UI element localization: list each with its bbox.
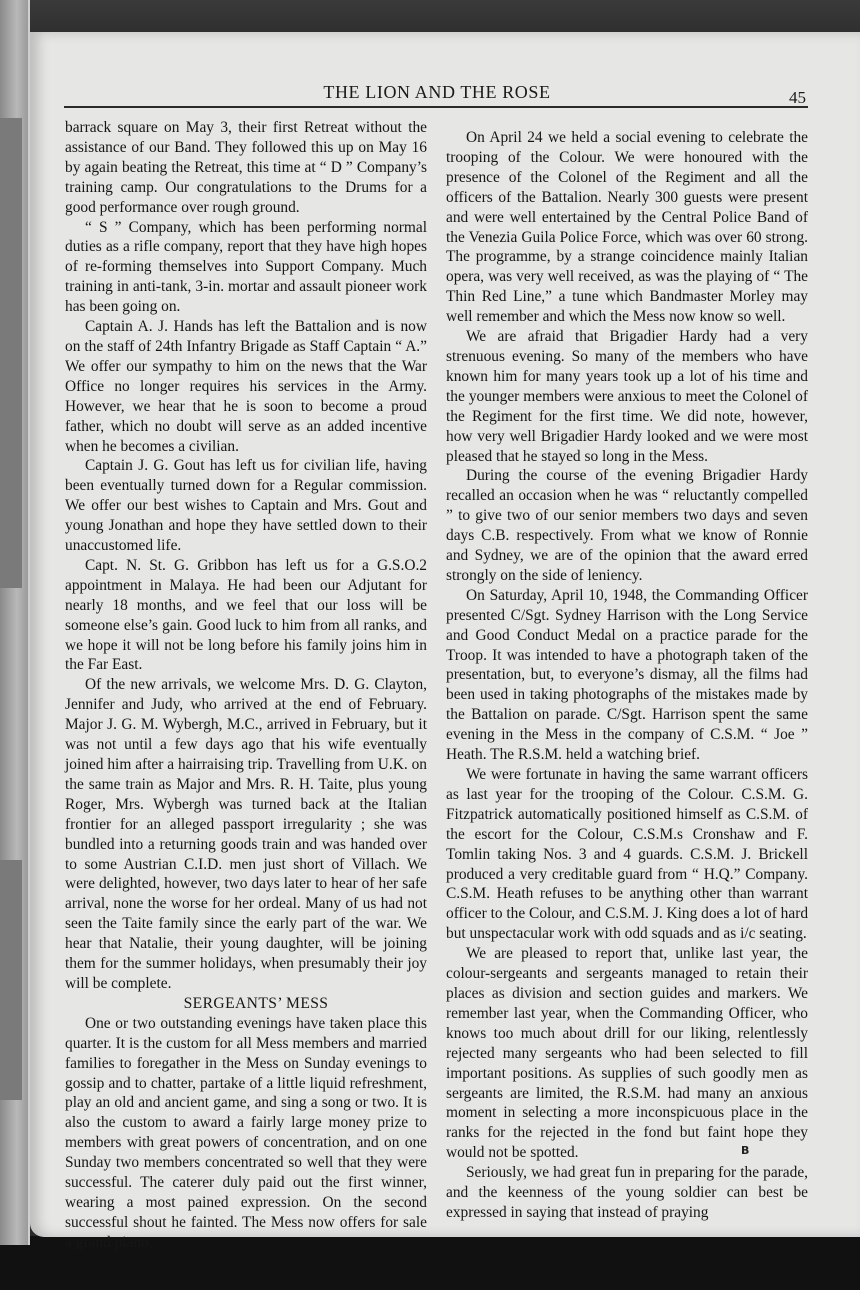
paragraph: We were fortunate in having the same war…: [446, 765, 808, 944]
running-title: THE LION AND THE ROSE: [62, 82, 812, 103]
paragraph: Captain A. J. Hands has left the Battali…: [65, 317, 427, 456]
left-column: barrack square on May 3, their first Ret…: [65, 118, 427, 1253]
scan-backdrop-top: [0, 0, 860, 36]
paragraph: We are pleased to report that, unlike la…: [446, 944, 808, 1163]
paragraph: During the course of the evening Brigadi…: [446, 466, 808, 585]
facing-page-photo-strip: [0, 118, 22, 588]
paragraph: Captain J. G. Gout has left us for civil…: [65, 456, 427, 556]
facing-page-edge: [0, 0, 30, 1245]
paragraph: Of the new arrivals, we welcome Mrs. D. …: [65, 675, 427, 994]
paragraph: barrack square on May 3, their first Ret…: [65, 118, 427, 218]
page-number: 45: [789, 88, 806, 108]
paragraph: On Saturday, April 10, 1948, the Command…: [446, 586, 808, 765]
paragraph: We are afraid that Brigadier Hardy had a…: [446, 327, 808, 466]
right-column: On April 24 we held a social evening to …: [446, 128, 808, 1223]
paragraph: “ S ” Company, which has been performing…: [65, 218, 427, 318]
paragraph: On April 24 we held a social evening to …: [446, 128, 808, 327]
header-rule: [64, 106, 808, 108]
signature-mark: B: [741, 1144, 749, 1157]
paragraph: Seriously, we had great fun in preparing…: [446, 1163, 808, 1223]
running-header: THE LION AND THE ROSE 45: [62, 82, 812, 106]
paragraph: One or two outstanding evenings have tak…: [65, 1014, 427, 1253]
facing-page-photo-strip: [0, 860, 22, 1100]
paragraph: Capt. N. St. G. Gribbon has left us for …: [65, 556, 427, 675]
section-heading: SERGEANTS’ MESS: [65, 994, 427, 1014]
